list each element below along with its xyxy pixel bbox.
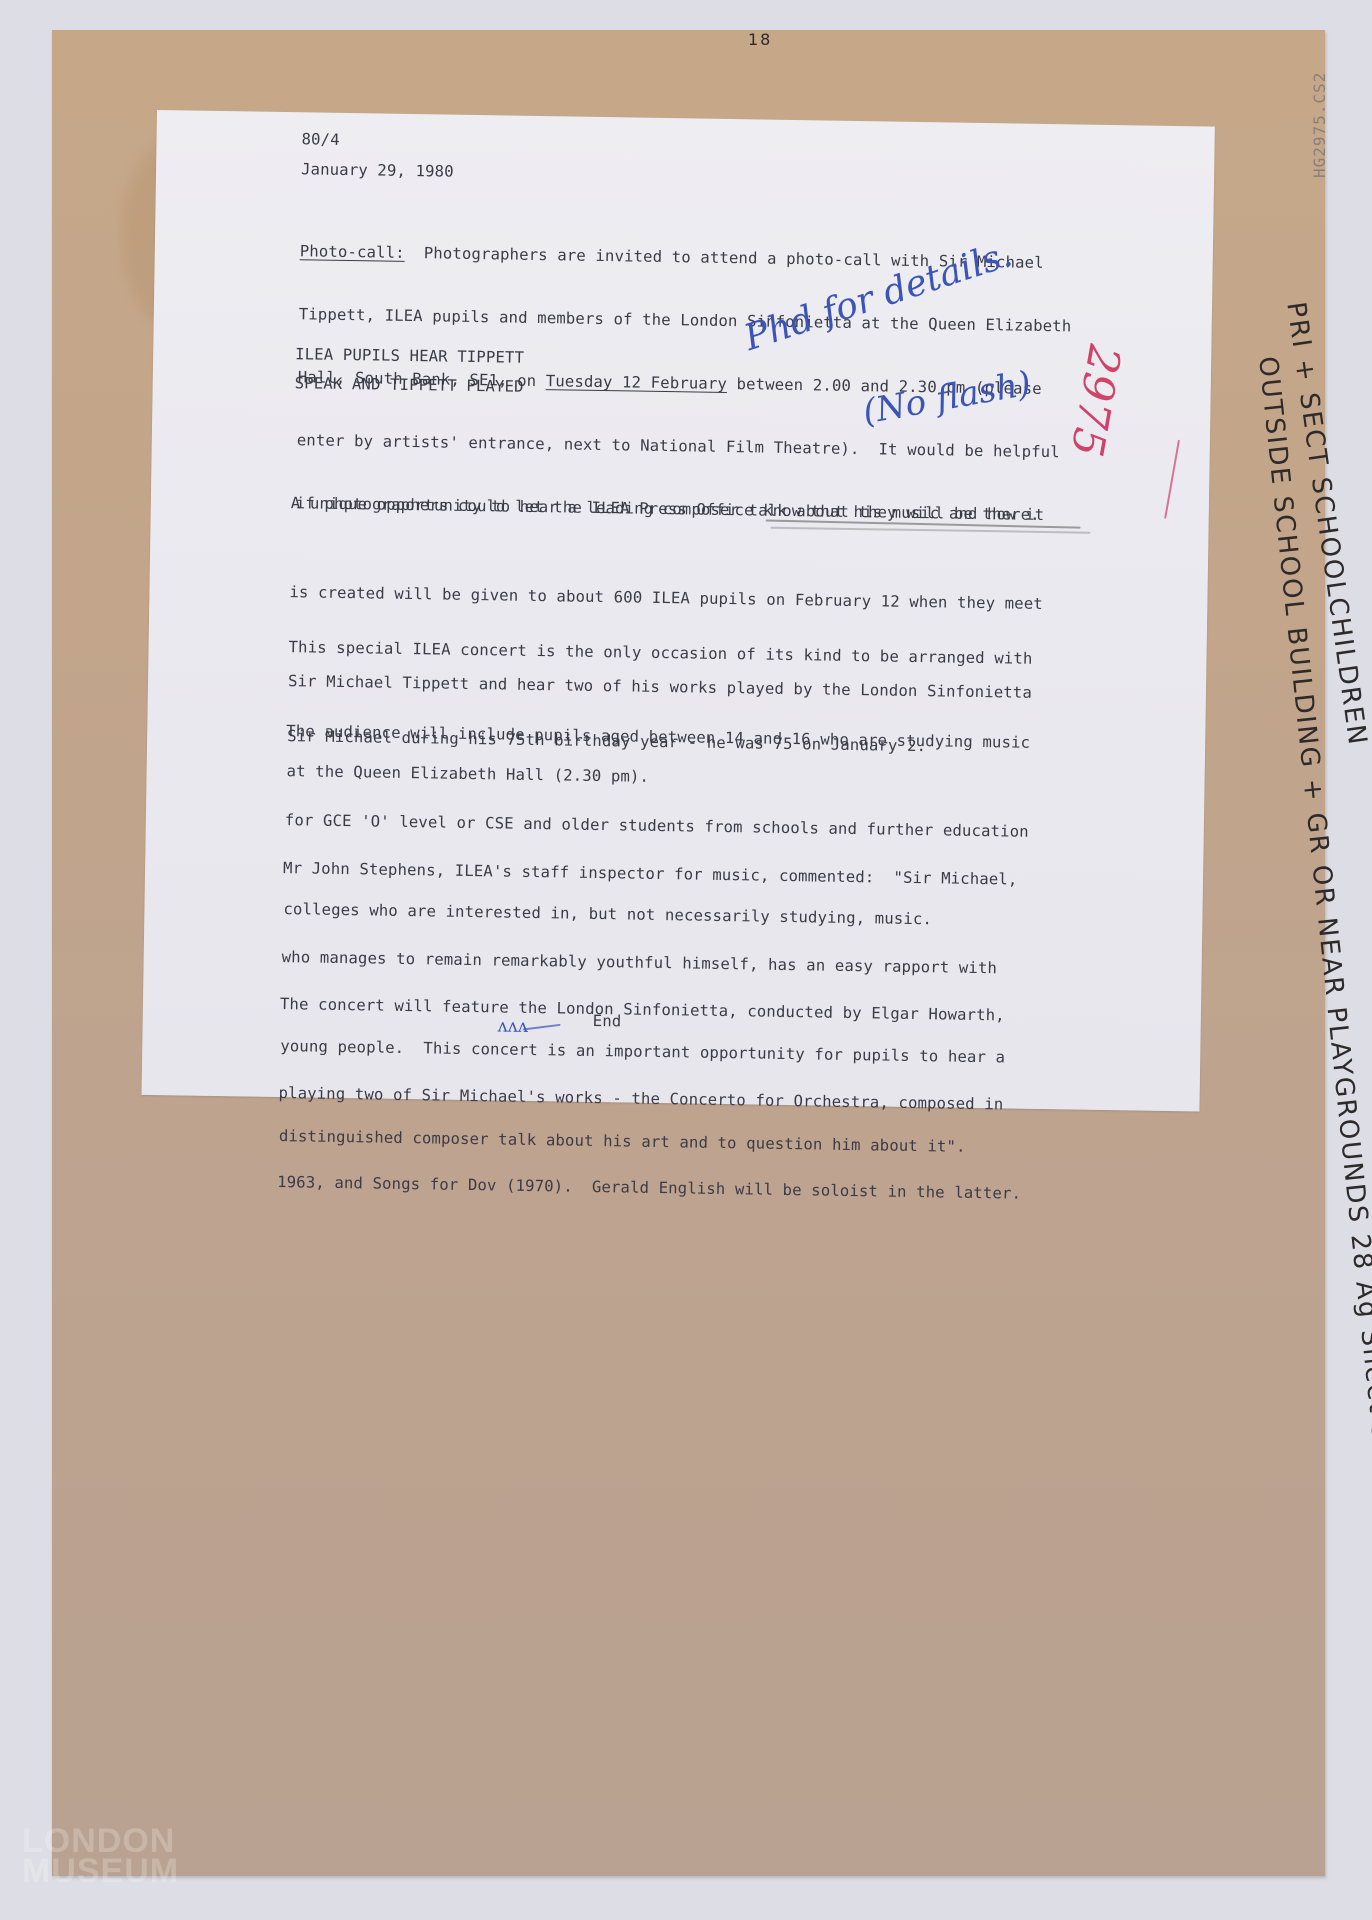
initials-annotation: ᴧᴧᴧ xyxy=(497,1015,528,1036)
headline-line-1: ILEA PUPILS HEAR TIPPETT xyxy=(295,345,524,367)
reference-number: 80/4 xyxy=(301,130,339,149)
watermark-line-2: MUSEUM xyxy=(22,1856,179,1886)
paragraph-line: 1963, and Songs for Dov (1970). Gerald E… xyxy=(277,1168,1021,1209)
press-release-sheet: 80/4 January 29, 1980 Photo-call: Photog… xyxy=(142,110,1215,1111)
document-date: January 29, 1980 xyxy=(301,160,454,180)
photo-call-label: Photo-call: xyxy=(300,242,405,262)
museum-watermark: LONDON MUSEUM xyxy=(22,1826,179,1886)
headline-line-2: SPEAK AND TIPPETT PLAYED xyxy=(295,374,524,396)
catalogue-stamp: HG2975.CS2 xyxy=(1310,72,1329,178)
photo-call-date: Tuesday 12 February xyxy=(546,372,727,393)
top-number-annotation: 18 xyxy=(748,30,772,49)
photo-call-text: Tippett, ILEA pupils and members of the … xyxy=(299,304,1072,337)
paragraph-line: The audience will include pupils aged be… xyxy=(286,717,1030,758)
paragraph-line: Mr John Stephens, ILEA's staff inspector… xyxy=(283,854,1018,895)
paragraph-line: The concert will feature the London Sinf… xyxy=(280,990,1024,1031)
paragraph-line: playing two of Sir Michael's works - the… xyxy=(278,1079,1022,1120)
end-marker: End xyxy=(593,1012,622,1030)
body-paragraph: The concert will feature the London Sinf… xyxy=(276,930,1025,1269)
